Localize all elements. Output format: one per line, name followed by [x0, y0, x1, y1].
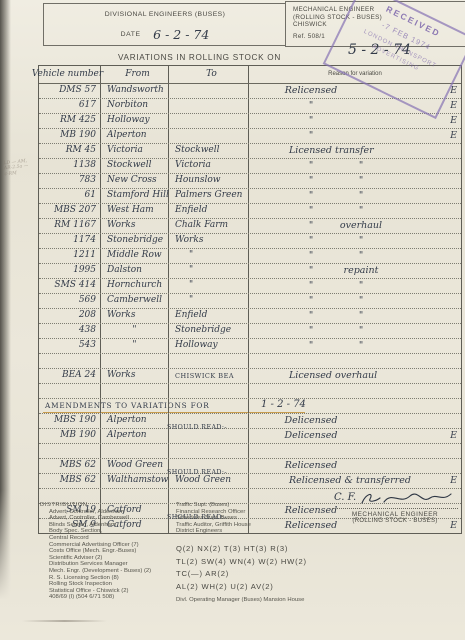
entry-flag: E — [450, 115, 457, 126]
reason-text-secondary: " — [331, 159, 391, 172]
header-from: From — [101, 66, 169, 83]
distribution-item: Central Record — [49, 535, 151, 542]
should-read-note: SHOULD READ:- — [167, 514, 227, 521]
reference-number: Ref. 508/1 — [293, 33, 465, 41]
vehicle-number-cell: MB 190 — [39, 129, 101, 143]
reason-text: " — [271, 129, 351, 142]
vehicle-number-cell: 1138 — [39, 159, 101, 173]
from-cell: " — [101, 339, 169, 353]
from-cell: Walthamstow — [101, 474, 169, 488]
vehicle-number-cell: RM 1167 — [39, 219, 101, 233]
title-date-handwritten: 5 - 2 - 74 — [348, 42, 411, 58]
from-cell: Dalston — [101, 264, 169, 278]
to-cell — [169, 114, 249, 128]
to-cell — [169, 444, 249, 458]
table-row: SHOULD READ:-MB 190AlpertonDelicensedE — [39, 429, 461, 444]
to-cell — [169, 84, 249, 98]
distribution-item: Costs Office (Mech. Engr.-Buses) — [49, 548, 151, 555]
should-read-note: SHOULD READ:- — [167, 469, 227, 476]
distribution-title: DISTRIBUTION — [40, 502, 151, 509]
to-cell: " — [169, 294, 249, 308]
document-page: DIVISIONAL ENGINEERS (BUSES) DATE 6 - 2 … — [0, 0, 465, 640]
blank-row — [39, 384, 461, 399]
distribution-list: DISTRIBUTION Advert, Controller, Aldenha… — [40, 502, 151, 601]
reason-cell: "" — [249, 324, 461, 338]
reason-text: Delicensed — [271, 414, 351, 427]
table-row: 438"Stonebridge"" — [39, 324, 461, 339]
from-cell: Alperton — [101, 129, 169, 143]
vehicle-number-cell: 543 — [39, 339, 101, 353]
table-row: 1174StonebridgeWorks"" — [39, 234, 461, 249]
sender-box: DIVISIONAL ENGINEERS (BUSES) DATE 6 - 2 … — [43, 3, 286, 46]
vehicle-number-cell — [39, 354, 101, 368]
recipient-line2: (ROLLING STOCK - BUSES) — [293, 14, 465, 22]
vehicle-number-cell: 61 — [39, 189, 101, 203]
from-cell: Alperton — [101, 414, 169, 428]
scan-edge-shadow — [0, 0, 11, 600]
from-cell: Stamford Hill — [101, 189, 169, 203]
signature-scribble-icon — [358, 490, 454, 508]
reason-cell: Relicensed — [249, 459, 461, 473]
reason-text-secondary: repaint — [331, 264, 391, 277]
distribution-item: Distribution Services Manager — [49, 561, 151, 568]
reason-text-secondary: " — [331, 339, 391, 352]
reason-cell: "" — [249, 279, 461, 293]
to-cell — [169, 129, 249, 143]
table-row: 1138StockwellVictoria"" — [39, 159, 461, 174]
table-row: MBS 190AlpertonDelicensed — [39, 414, 461, 429]
table-row: 783New CrossHounslow"" — [39, 174, 461, 189]
header-reason: Reason for variation — [249, 66, 461, 83]
reason-cell: "" — [249, 189, 461, 203]
to-cell — [169, 429, 249, 443]
from-cell — [101, 384, 169, 398]
to-cell: Palmers Green — [169, 189, 249, 203]
from-cell: Holloway — [101, 114, 169, 128]
from-cell: Hornchurch — [101, 279, 169, 293]
reason-text-secondary: " — [331, 294, 391, 307]
reason-cell: "" — [249, 159, 461, 173]
table-row: BEA 24WorksCHISWICK BEALicensed overhaul — [39, 369, 461, 384]
to-cell — [169, 354, 249, 368]
table-row: 1211Middle Row""" — [39, 249, 461, 264]
reason-text-secondary: " — [331, 249, 391, 262]
from-cell: " — [101, 324, 169, 338]
amendments-heading-row: AMENDMENTS TO VARIATIONS FOR1 - 2 - 74 — [39, 399, 461, 414]
distribution-item: Advert, Controller, Aldenham — [49, 509, 151, 516]
reason-text-secondary: " — [331, 234, 391, 247]
to-cell — [169, 99, 249, 113]
reason-cell: "E — [249, 114, 461, 128]
reason-cell: "" — [249, 249, 461, 263]
signature-line: C. F. — [332, 490, 458, 509]
from-cell: New Cross — [101, 174, 169, 188]
table-row: SHOULD READ:-MBS 62WalthamstowWood Green… — [39, 474, 461, 489]
to-cell: Enfield — [169, 204, 249, 218]
vehicle-number-cell: BEA 24 — [39, 369, 101, 383]
sender-title: DIVISIONAL ENGINEERS (BUSES) — [44, 11, 286, 18]
distribution-item: Scientific Adviser (2) — [49, 555, 151, 562]
reason-cell: "E — [249, 99, 461, 113]
vehicle-number-cell: 617 — [39, 99, 101, 113]
from-cell — [101, 444, 169, 458]
entry-flag: E — [450, 430, 457, 441]
vehicle-number-cell: 438 — [39, 324, 101, 338]
to-cell: Hounslow — [169, 174, 249, 188]
vehicle-number-cell: RM 45 — [39, 144, 101, 158]
vehicle-number-cell — [39, 489, 101, 503]
to-cell: Enfield — [169, 309, 249, 323]
vehicle-number-cell: MBS 62 — [39, 474, 101, 488]
garage-code-line: TL(2) SW(4) WN(4) W(2) HW(2) — [176, 556, 307, 569]
to-cell: " — [169, 264, 249, 278]
reason-text: " — [271, 114, 351, 127]
reason-cell: Relicensed & transferredE — [249, 474, 461, 488]
recipient-item: Traffic Supt. (Buses) — [176, 502, 251, 509]
vehicle-number-cell: SMS 414 — [39, 279, 101, 293]
header-to: To — [169, 66, 249, 83]
from-cell: Victoria — [101, 144, 169, 158]
to-cell: " — [169, 249, 249, 263]
header-vehicle-number: Vehicle number — [39, 66, 101, 83]
entry-flag: E — [450, 100, 457, 111]
from-cell: Wandsworth — [101, 84, 169, 98]
vehicle-number-cell: 783 — [39, 174, 101, 188]
vehicle-number-cell: DMS 57 — [39, 84, 101, 98]
from-cell: Norbiton — [101, 99, 169, 113]
garage-code-line: TC(—) AR(2) — [176, 568, 307, 581]
divisional-manager-line: Divl. Operating Manager (Buses) Mansion … — [176, 597, 304, 603]
date-value-handwritten: 6 - 2 - 74 — [153, 27, 209, 42]
garage-code-line: AL(2) WH(2) U(2) AV(2) — [176, 581, 307, 594]
table-row: MBS 207West HamEnfield"" — [39, 204, 461, 219]
to-cell: CHISWICK BEA — [169, 369, 249, 383]
vehicle-number-cell: 208 — [39, 309, 101, 323]
recipient-box: MECHANICAL ENGINEER (ROLLING STOCK - BUS… — [285, 1, 465, 47]
signature-initials: C. F. — [334, 492, 356, 503]
from-cell: Works — [101, 369, 169, 383]
reason-cell — [249, 444, 461, 458]
recipient-line1: MECHANICAL ENGINEER — [293, 6, 465, 14]
distribution-item: Body Spec. Section, — [49, 528, 151, 535]
reason-text-secondary: " — [331, 189, 391, 202]
reason-text: Licensed overhaul — [289, 369, 377, 382]
reason-text: Relicensed & transferred — [289, 474, 411, 487]
reason-cell — [249, 399, 461, 413]
reason-text: Relicensed — [271, 84, 351, 97]
should-read-note: SHOULD READ:- — [167, 424, 227, 431]
garage-codes: Q(2) NX(2) T(3) HT(3) R(3)TL(2) SW(4) WN… — [176, 543, 307, 593]
reason-cell: "" — [249, 204, 461, 218]
entry-flag: E — [450, 130, 457, 141]
vehicle-number-cell: 1174 — [39, 234, 101, 248]
reason-text-secondary: " — [331, 309, 391, 322]
table-row: 61Stamford HillPalmers Green"" — [39, 189, 461, 204]
from-cell: Wood Green — [101, 459, 169, 473]
to-cell: Holloway — [169, 339, 249, 353]
table-row: 208WorksEnfield"" — [39, 309, 461, 324]
blank-row — [39, 444, 461, 459]
table-row: 569Camberwell""" — [39, 294, 461, 309]
table-row: 617Norbiton"E — [39, 99, 461, 114]
vehicle-number-cell: MB 190 — [39, 429, 101, 443]
reason-text-secondary: " — [331, 279, 391, 292]
reason-cell: "repaint — [249, 264, 461, 278]
reason-text-secondary: " — [331, 204, 391, 217]
table-header-row: Vehicle number From To Reason for variat… — [39, 66, 461, 84]
distribution-item: Commercial Advertising Officer (7) — [49, 542, 151, 549]
signatory-title-line1: MECHANICAL ENGINEER — [332, 511, 458, 518]
to-cell: Wood Green — [169, 474, 249, 488]
to-cell: Victoria — [169, 159, 249, 173]
reason-cell: "" — [249, 294, 461, 308]
reason-cell — [249, 354, 461, 368]
distribution-item: Rolling Stock Inspection — [49, 581, 151, 588]
reason-cell: "E — [249, 129, 461, 143]
pencil-smudge — [22, 620, 107, 622]
signatory-title-line2: (ROLLING STOCK - BUSES) — [332, 518, 458, 524]
table-row: RM 45VictoriaStockwellLicensed transfer — [39, 144, 461, 159]
table-row: 543"Holloway"" — [39, 339, 461, 354]
table-row: DMS 57WandsworthRelicensedE — [39, 84, 461, 99]
recipient-line3: CHISWICK — [293, 21, 465, 29]
from-cell — [101, 399, 169, 413]
reason-cell: "overhaul — [249, 219, 461, 233]
from-cell: Works — [101, 309, 169, 323]
from-cell: Stockwell — [101, 159, 169, 173]
from-cell: West Ham — [101, 204, 169, 218]
reason-cell: DelicensedE — [249, 429, 461, 443]
to-cell — [169, 399, 249, 413]
table-row: SMS 414Hornchurch""" — [39, 279, 461, 294]
vehicle-number-cell — [39, 444, 101, 458]
distribution-item: Blinds Section, Aldenham — [49, 522, 151, 529]
reason-cell: Licensed transfer — [249, 144, 461, 158]
from-cell — [101, 354, 169, 368]
reason-cell: "" — [249, 309, 461, 323]
reason-text: Delicensed — [271, 429, 351, 442]
to-cell: Works — [169, 234, 249, 248]
reason-text: Licensed transfer — [289, 144, 374, 157]
variations-table: Vehicle number From To Reason for variat… — [38, 65, 462, 534]
garage-code-line: Q(2) NX(2) T(3) HT(3) R(3) — [176, 543, 307, 556]
to-cell: Chalk Farm — [169, 219, 249, 233]
entry-flag: E — [450, 85, 457, 96]
vehicle-number-cell: 569 — [39, 294, 101, 308]
vehicle-number-cell — [39, 399, 101, 413]
to-cell: Stockwell — [169, 144, 249, 158]
reason-cell: Licensed overhaul — [249, 369, 461, 383]
distribution-item: 408/69 (I) (504 6/71 508) — [49, 594, 151, 601]
reason-cell — [249, 384, 461, 398]
entry-flag: E — [450, 475, 457, 486]
table-row: MB 190Alperton"E — [39, 129, 461, 144]
vehicle-number-cell: 1995 — [39, 264, 101, 278]
reason-cell: "" — [249, 234, 461, 248]
distribution-item: Statistical Office - Chiswick (2) — [49, 588, 151, 595]
page-title: VARIATIONS IN ROLLING STOCK ON — [118, 53, 281, 62]
from-cell: Alperton — [101, 429, 169, 443]
distribution-item: R. S. Licensing Section (8) — [49, 575, 151, 582]
reason-text-secondary: overhaul — [331, 219, 391, 232]
from-cell: Stonebridge — [101, 234, 169, 248]
signature-block: C. F. MECHANICAL ENGINEER (ROLLING STOCK… — [332, 490, 458, 524]
to-cell — [169, 384, 249, 398]
to-cell — [169, 489, 249, 503]
from-cell: Works — [101, 219, 169, 233]
recipient-item: District Engineers — [176, 528, 251, 535]
reason-cell: "" — [249, 174, 461, 188]
table-row: MBS 62Wood GreenRelicensed — [39, 459, 461, 474]
from-cell: Middle Row — [101, 249, 169, 263]
vehicle-number-cell: MBS 207 — [39, 204, 101, 218]
reason-cell: "" — [249, 339, 461, 353]
reason-cell: RelicensedE — [249, 84, 461, 98]
recipient-item: Traffic Auditor, Griffith House — [176, 522, 251, 529]
table-row: RM 1167WorksChalk Farm"overhaul — [39, 219, 461, 234]
vehicle-number-cell: RM 425 — [39, 114, 101, 128]
reason-text: " — [271, 99, 351, 112]
table-row: 1995Dalston""repaint — [39, 264, 461, 279]
reason-text-secondary: " — [331, 324, 391, 337]
date-label: DATE — [121, 31, 141, 38]
vehicle-number-cell: MBS 62 — [39, 459, 101, 473]
from-cell: Camberwell — [101, 294, 169, 308]
blank-row — [39, 354, 461, 369]
reason-cell: Delicensed — [249, 414, 461, 428]
reason-text-secondary: " — [331, 174, 391, 187]
to-cell: " — [169, 279, 249, 293]
distribution-item: Advert, Controller, Camberwell — [49, 515, 151, 522]
vehicle-number-cell: MBS 190 — [39, 414, 101, 428]
distribution-item: Mech. Engr. (Development - Buses) (2) — [49, 568, 151, 575]
margin-pencil-note: LD — AM, AR-2.5a — c-RM — [3, 159, 29, 178]
table-row: RM 425Holloway"E — [39, 114, 461, 129]
vehicle-number-cell: 1211 — [39, 249, 101, 263]
reason-text: Relicensed — [271, 459, 351, 472]
from-cell — [101, 489, 169, 503]
to-cell: Stonebridge — [169, 324, 249, 338]
vehicle-number-cell — [39, 384, 101, 398]
